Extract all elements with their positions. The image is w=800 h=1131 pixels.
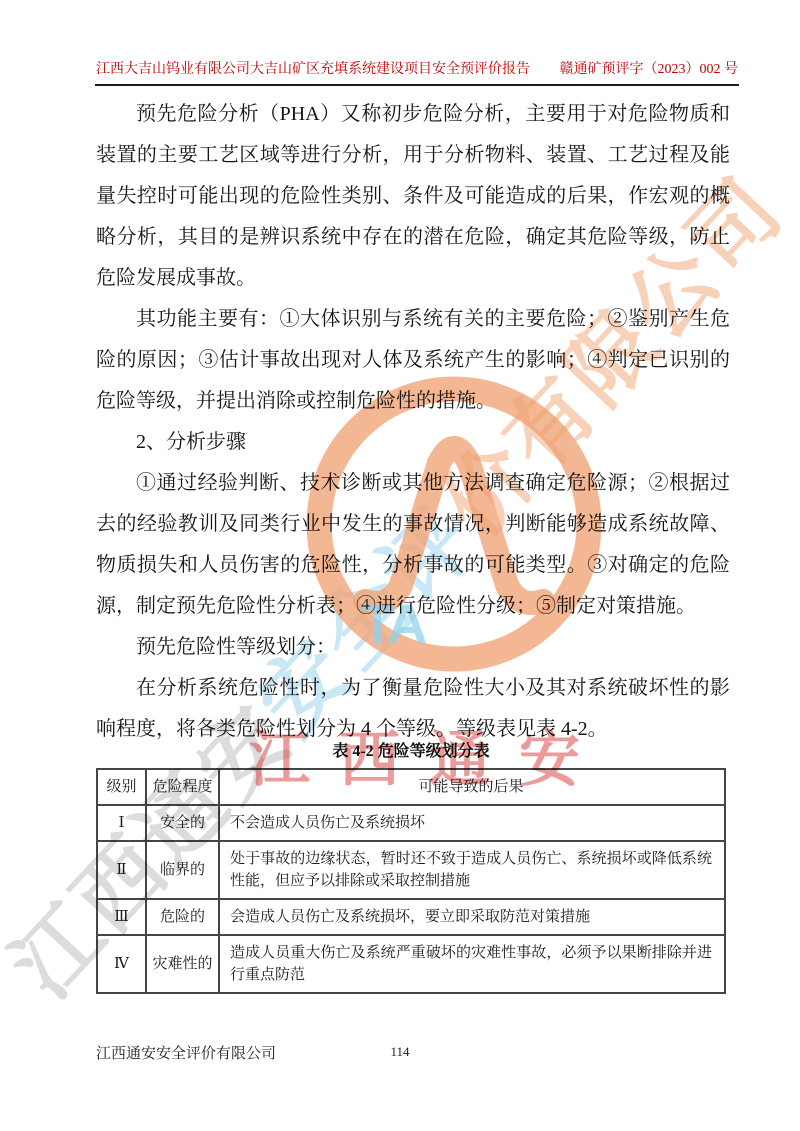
cell-level: Ⅳ [97, 935, 146, 993]
paragraph-pha-intro: 预先危险分析（PHA）又称初步危险分析，主要用于对危险物质和装置的主要工艺区域等… [96, 94, 730, 299]
column-header-degree: 危险程度 [146, 769, 219, 805]
table-header-row: 级别 危险程度 可能导致的后果 [97, 769, 725, 805]
cell-level: Ⅰ [97, 805, 146, 841]
hazard-grade-table: 级别 危险程度 可能导致的后果 Ⅰ 安全的 不会造成人员伤亡及系统损坏 Ⅱ 临界… [96, 768, 726, 994]
paragraph-steps: ①通过经验判断、技术诊断或其他方法调查确定危险源；②根据过去的经验教训及同类行业… [96, 463, 730, 627]
report-page: 江西大吉山钨业有限公司大吉山矿区充填系统建设项目安全预评价报告 赣通矿预评字（2… [0, 0, 800, 1131]
page-header: 江西大吉山钨业有限公司大吉山矿区充填系统建设项目安全预评价报告 赣通矿预评字（2… [96, 61, 738, 79]
cell-degree: 危险的 [146, 899, 219, 935]
table-row: Ⅱ 临界的 处于事故的边缘状态，暂时还不致于造成人员伤亡、系统损坏或降低系统性能… [97, 841, 725, 899]
page-content: 江西大吉山钨业有限公司大吉山矿区充填系统建设项目安全预评价报告 赣通矿预评字（2… [0, 0, 800, 1131]
table-row: Ⅲ 危险的 会造成人员伤亡及系统损坏，要立即采取防范对策措施 [97, 899, 725, 935]
cell-consequence: 会造成人员伤亡及系统损坏，要立即采取防范对策措施 [219, 899, 725, 935]
cell-level: Ⅲ [97, 899, 146, 935]
table-row: Ⅳ 灾难性的 造成人员重大伤亡及系统严重破坏的灾难性事故，必须予以果断排除并进行… [97, 935, 725, 993]
paragraph-functions: 其功能主要有：①大体识别与系统有关的主要危险；②鉴别产生危险的原因；③估计事故出… [96, 299, 730, 422]
heading-grade-division: 预先危险性等级划分： [96, 627, 730, 668]
footer-company-name: 江西通安安全评价有限公司 [96, 1042, 276, 1063]
body-text: 预先危险分析（PHA）又称初步危险分析，主要用于对危险物质和装置的主要工艺区域等… [96, 94, 730, 750]
header-report-title: 江西大吉山钨业有限公司大吉山矿区充填系统建设项目安全预评价报告 [96, 61, 530, 79]
cell-degree: 临界的 [146, 841, 219, 899]
header-document-number: 赣通矿预评字（2023）002 号 [560, 61, 739, 79]
header-divider [95, 84, 739, 86]
cell-level: Ⅱ [97, 841, 146, 899]
cell-degree: 安全的 [146, 805, 219, 841]
table-title: 表 4-2 危险等级划分表 [96, 738, 726, 761]
cell-consequence: 造成人员重大伤亡及系统严重破坏的灾难性事故，必须予以果断排除并进行重点防范 [219, 935, 725, 993]
heading-analysis-steps: 2、分析步骤 [96, 422, 730, 463]
column-header-consequence: 可能导致的后果 [219, 769, 725, 805]
column-header-level: 级别 [97, 769, 146, 805]
cell-degree: 灾难性的 [146, 935, 219, 993]
table-row: Ⅰ 安全的 不会造成人员伤亡及系统损坏 [97, 805, 725, 841]
cell-consequence: 处于事故的边缘状态，暂时还不致于造成人员伤亡、系统损坏或降低系统性能，但应予以排… [219, 841, 725, 899]
cell-consequence: 不会造成人员伤亡及系统损坏 [219, 805, 725, 841]
hazard-grade-table-block: 表 4-2 危险等级划分表 级别 危险程度 可能导致的后果 Ⅰ 安全的 不会造成… [96, 738, 726, 994]
